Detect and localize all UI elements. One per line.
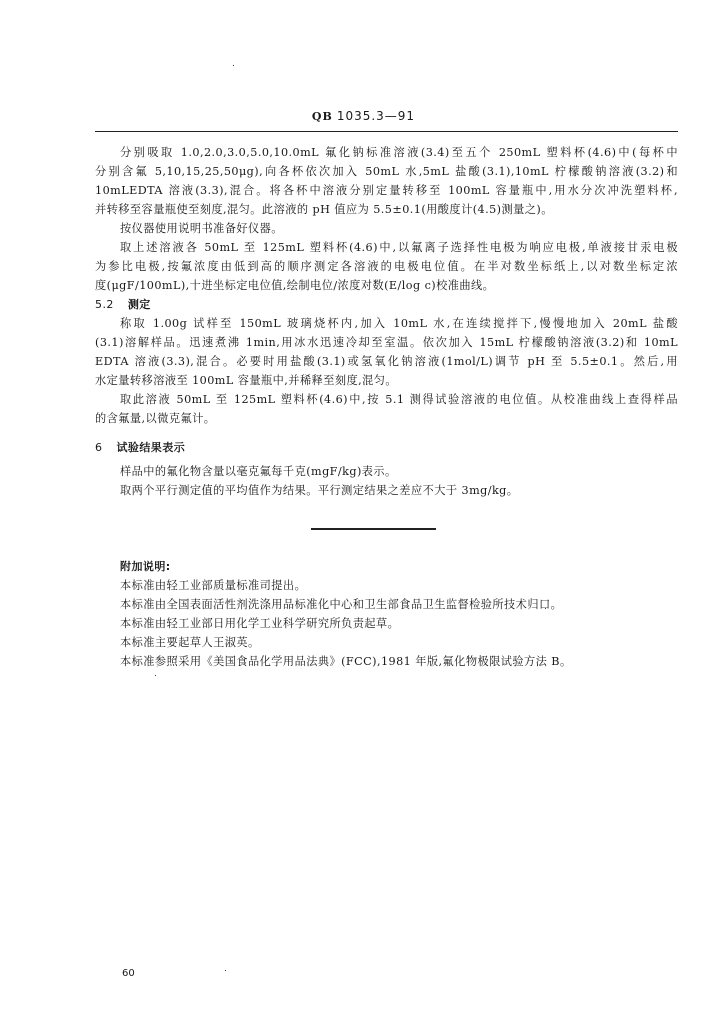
text-line: 水定量转移溶液至 100mL 容量瓶中,并稀释至刻度,混匀。 xyxy=(95,371,678,390)
text-line: 样品中的氟化物含量以毫克氟每千克(mgF/kg)表示。 xyxy=(120,462,678,481)
appendix-line: 本标准主要起草人王淑英。 xyxy=(120,633,678,652)
section-number: 5.2 xyxy=(95,298,114,311)
section-heading-6: 6试验结果表示 xyxy=(95,438,678,457)
text-line: 分别含氟 5,10,15,25,50μg),向各杯依次加入 50mL 水,5mL… xyxy=(95,162,678,181)
standard-prefix: QB xyxy=(312,110,333,123)
appendix-line: 本标准由全国表面活性剂洗涤用品标准化中心和卫生部食品卫生监督检验所技术归口。 xyxy=(120,595,678,614)
text-line: EDTA 溶液(3.3),混合。必要时用盐酸(3.1)或氢氧化钠溶液(1mol/… xyxy=(95,352,678,371)
text-line: 分别吸取 1.0,2.0,3.0,5.0,10.0mL 氟化钠标准溶液(3.4)… xyxy=(120,143,678,162)
section-heading-5-2: 5.2测定 xyxy=(95,295,678,314)
text-line: 取此溶液 50mL 至 125mL 塑料杯(4.6)中,按 5.1 测得试验溶液… xyxy=(120,390,678,409)
appendix-title: 附加说明: xyxy=(120,557,678,576)
text-line: 称取 1.00g 试样至 150mL 玻璃烧杯内,加入 10mL 水,在连续搅拌… xyxy=(120,314,678,333)
text-line: 的含氟量,以微克氟计。 xyxy=(95,409,678,428)
text-line: 10mLEDTA 溶液(3.3),混合。将各杯中溶液分别定量转移至 100mL … xyxy=(95,181,678,200)
appendix-line: 本标准由轻工业部日用化学工业科学研究所负责起草。 xyxy=(120,614,678,633)
scan-speck xyxy=(545,608,546,609)
text-line: 取上述溶液各 50mL 至 125mL 塑料杯(4.6)中,以氟离子选择性电极为… xyxy=(120,238,678,257)
scan-speck xyxy=(225,970,226,971)
page-number: 60 xyxy=(122,968,135,979)
text-line: 为参比电极,按氟浓度由低到高的顺序测定各溶液的电极电位值。在半对数坐标纸上,以对… xyxy=(95,257,678,276)
standard-code: 1035.3—91 xyxy=(337,109,415,123)
scan-speck xyxy=(233,65,234,66)
text-line: 并转移至容量瓶使至刻度,混匀。此溶液的 pH 值应为 5.5±0.1(用酸度计(… xyxy=(95,200,678,219)
section-separator xyxy=(311,528,436,530)
section-title: 测定 xyxy=(128,298,151,311)
text-line: (3.1)溶解样品。迅速煮沸 1min,用冰水迅速冷却至室温。依次加入 15mL… xyxy=(95,333,678,352)
section-number: 6 xyxy=(95,441,102,454)
scan-speck xyxy=(155,675,156,676)
text-line: 按仪器使用说明书准备好仪器。 xyxy=(120,219,678,238)
page-header: QB1035.3—91 xyxy=(0,109,727,123)
header-rule xyxy=(95,131,678,132)
document-page: QB1035.3—91 分别吸取 1.0,2.0,3.0,5.0,10.0mL … xyxy=(0,0,727,1024)
appendix-line: 本标准参照采用《美国食品化学用品法典》(FCC),1981 年版,氟化物极限试验… xyxy=(120,652,678,671)
text-line: 取两个平行测定值的平均值作为结果。平行测定结果之差应不大于 3mg/kg。 xyxy=(120,481,678,500)
appendix-line: 本标准由轻工业部质量标准司提出。 xyxy=(120,576,678,595)
section-title: 试验结果表示 xyxy=(116,441,185,454)
text-line: 度(μgF/100mL),十进坐标定电位值,绘制电位/浓度对数(E/log c)… xyxy=(95,276,678,295)
